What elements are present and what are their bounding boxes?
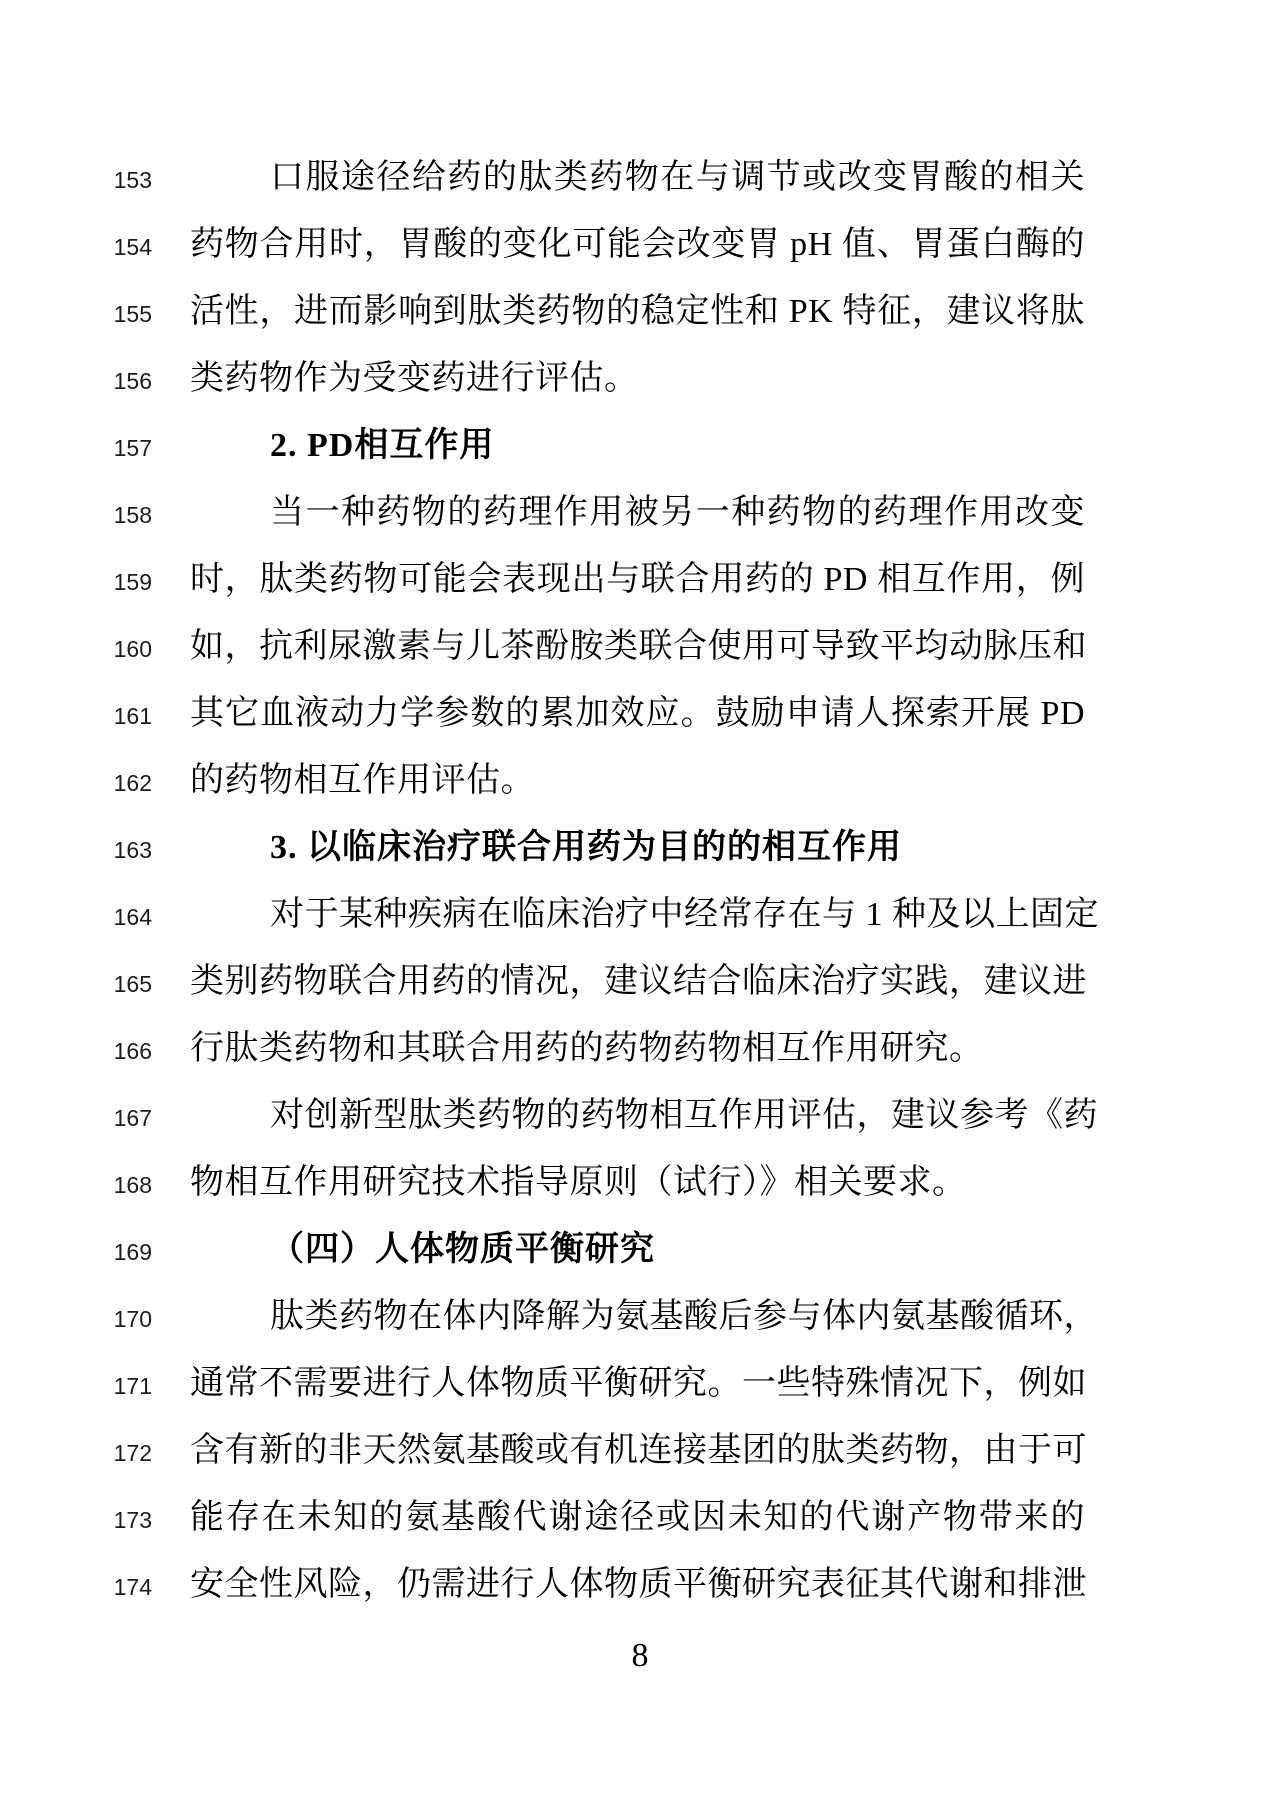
- line-number: 161: [0, 683, 152, 750]
- line-row: 167对创新型肽类药物的药物相互作用评估，建议参考《药: [0, 1082, 1280, 1149]
- line-number: 170: [0, 1286, 152, 1353]
- line-number: 164: [0, 884, 152, 951]
- line-row: 158当一种药物的药理作用被另一种药物的药理作用改变: [0, 479, 1280, 546]
- line-row: 160如，抗利尿激素与儿茶酚胺类联合使用可导致平均动脉压和: [0, 613, 1280, 680]
- line-text: 物相互作用研究技术指导原则（试行）》相关要求。: [190, 1149, 1085, 1216]
- line-number: 166: [0, 1018, 152, 1085]
- line-row: 162的药物相互作用评估。: [0, 747, 1280, 814]
- line-number: 165: [0, 951, 152, 1018]
- line-number: 160: [0, 616, 152, 683]
- line-number: 167: [0, 1085, 152, 1152]
- line-row: 166行肽类药物和其联合用药的药物药物相互作用研究。: [0, 1015, 1280, 1082]
- line-number: 157: [0, 415, 152, 482]
- line-row: 173能存在未知的氨基酸代谢途径或因未知的代谢产物带来的: [0, 1484, 1280, 1551]
- lines: 153口服途径给药的肽类药物在与调节或改变胃酸的相关 154药物合用时，胃酸的变…: [0, 144, 1280, 1618]
- line-text: （四）人体物质平衡研究: [190, 1216, 1085, 1283]
- line-number: 173: [0, 1487, 152, 1554]
- line-number: 174: [0, 1554, 152, 1621]
- line-text: 口服途径给药的肽类药物在与调节或改变胃酸的相关: [190, 144, 1085, 211]
- line-text: 活性，进而影响到肽类药物的稳定性和 PK 特征，建议将肽: [190, 278, 1085, 345]
- line-text: 对于某种疾病在临床治疗中经常存在与 1 种及以上固定: [190, 881, 1085, 948]
- line-row: 1633. 以临床治疗联合用药为目的的相互作用: [0, 814, 1280, 881]
- line-text: 含有新的非天然氨基酸或有机连接基团的肽类药物，由于可: [190, 1417, 1085, 1484]
- line-row: 174安全性风险，仍需进行人体物质平衡研究表征其代谢和排泄: [0, 1551, 1280, 1618]
- line-text: 行肽类药物和其联合用药的药物药物相互作用研究。: [190, 1015, 1085, 1082]
- line-row: 164对于某种疾病在临床治疗中经常存在与 1 种及以上固定: [0, 881, 1280, 948]
- line-row: 159时，肽类药物可能会表现出与联合用药的 PD 相互作用，例: [0, 546, 1280, 613]
- line-number: 155: [0, 281, 152, 348]
- line-number: 171: [0, 1353, 152, 1420]
- line-text: 对创新型肽类药物的药物相互作用评估，建议参考《药: [190, 1082, 1085, 1149]
- line-row: 165类别药物联合用药的情况，建议结合临床治疗实践，建议进: [0, 948, 1280, 1015]
- line-row: 153口服途径给药的肽类药物在与调节或改变胃酸的相关: [0, 144, 1280, 211]
- line-text: 2. PD相互作用: [190, 412, 1085, 479]
- line-text: 当一种药物的药理作用被另一种药物的药理作用改变: [190, 479, 1085, 546]
- document-page: 153口服途径给药的肽类药物在与调节或改变胃酸的相关 154药物合用时，胃酸的变…: [0, 0, 1280, 1810]
- line-text: 药物合用时，胃酸的变化可能会改变胃 pH 值、胃蛋白酶的: [190, 211, 1085, 278]
- line-text: 通常不需要进行人体物质平衡研究。一些特殊情况下，例如: [190, 1350, 1085, 1417]
- line-text: 如，抗利尿激素与儿茶酚胺类联合使用可导致平均动脉压和: [190, 613, 1085, 680]
- line-row: 1572. PD相互作用: [0, 412, 1280, 479]
- line-row: 171通常不需要进行人体物质平衡研究。一些特殊情况下，例如: [0, 1350, 1280, 1417]
- page-number: 8: [0, 1636, 1280, 1676]
- line-number: 158: [0, 482, 152, 549]
- line-number: 163: [0, 817, 152, 884]
- line-text: 时，肽类药物可能会表现出与联合用药的 PD 相互作用，例: [190, 546, 1085, 613]
- line-number: 156: [0, 348, 152, 415]
- line-number: 162: [0, 750, 152, 817]
- line-row: 155活性，进而影响到肽类药物的稳定性和 PK 特征，建议将肽: [0, 278, 1280, 345]
- line-number: 153: [0, 147, 152, 214]
- line-row: 156类药物作为受变药进行评估。: [0, 345, 1280, 412]
- line-text: 安全性风险，仍需进行人体物质平衡研究表征其代谢和排泄: [190, 1551, 1085, 1618]
- line-text: 类药物作为受变药进行评估。: [190, 345, 1085, 412]
- line-row: 168物相互作用研究技术指导原则（试行）》相关要求。: [0, 1149, 1280, 1216]
- line-row: 172含有新的非天然氨基酸或有机连接基团的肽类药物，由于可: [0, 1417, 1280, 1484]
- line-row: 169（四）人体物质平衡研究: [0, 1216, 1280, 1283]
- line-text: 类别药物联合用药的情况，建议结合临床治疗实践，建议进: [190, 948, 1085, 1015]
- line-number: 169: [0, 1219, 152, 1286]
- line-row: 161其它血液动力学参数的累加效应。鼓励申请人探索开展 PD: [0, 680, 1280, 747]
- line-text: 肽类药物在体内降解为氨基酸后参与体内氨基酸循环，: [190, 1283, 1085, 1350]
- line-number: 159: [0, 549, 152, 616]
- line-number: 154: [0, 214, 152, 281]
- line-row: 154药物合用时，胃酸的变化可能会改变胃 pH 值、胃蛋白酶的: [0, 211, 1280, 278]
- line-text: 其它血液动力学参数的累加效应。鼓励申请人探索开展 PD: [190, 680, 1085, 747]
- line-text: 能存在未知的氨基酸代谢途径或因未知的代谢产物带来的: [190, 1484, 1085, 1551]
- line-text: 的药物相互作用评估。: [190, 747, 1085, 814]
- line-row: 170肽类药物在体内降解为氨基酸后参与体内氨基酸循环，: [0, 1283, 1280, 1350]
- line-text: 3. 以临床治疗联合用药为目的的相互作用: [190, 814, 1085, 881]
- line-number: 168: [0, 1152, 152, 1219]
- line-number: 172: [0, 1420, 152, 1487]
